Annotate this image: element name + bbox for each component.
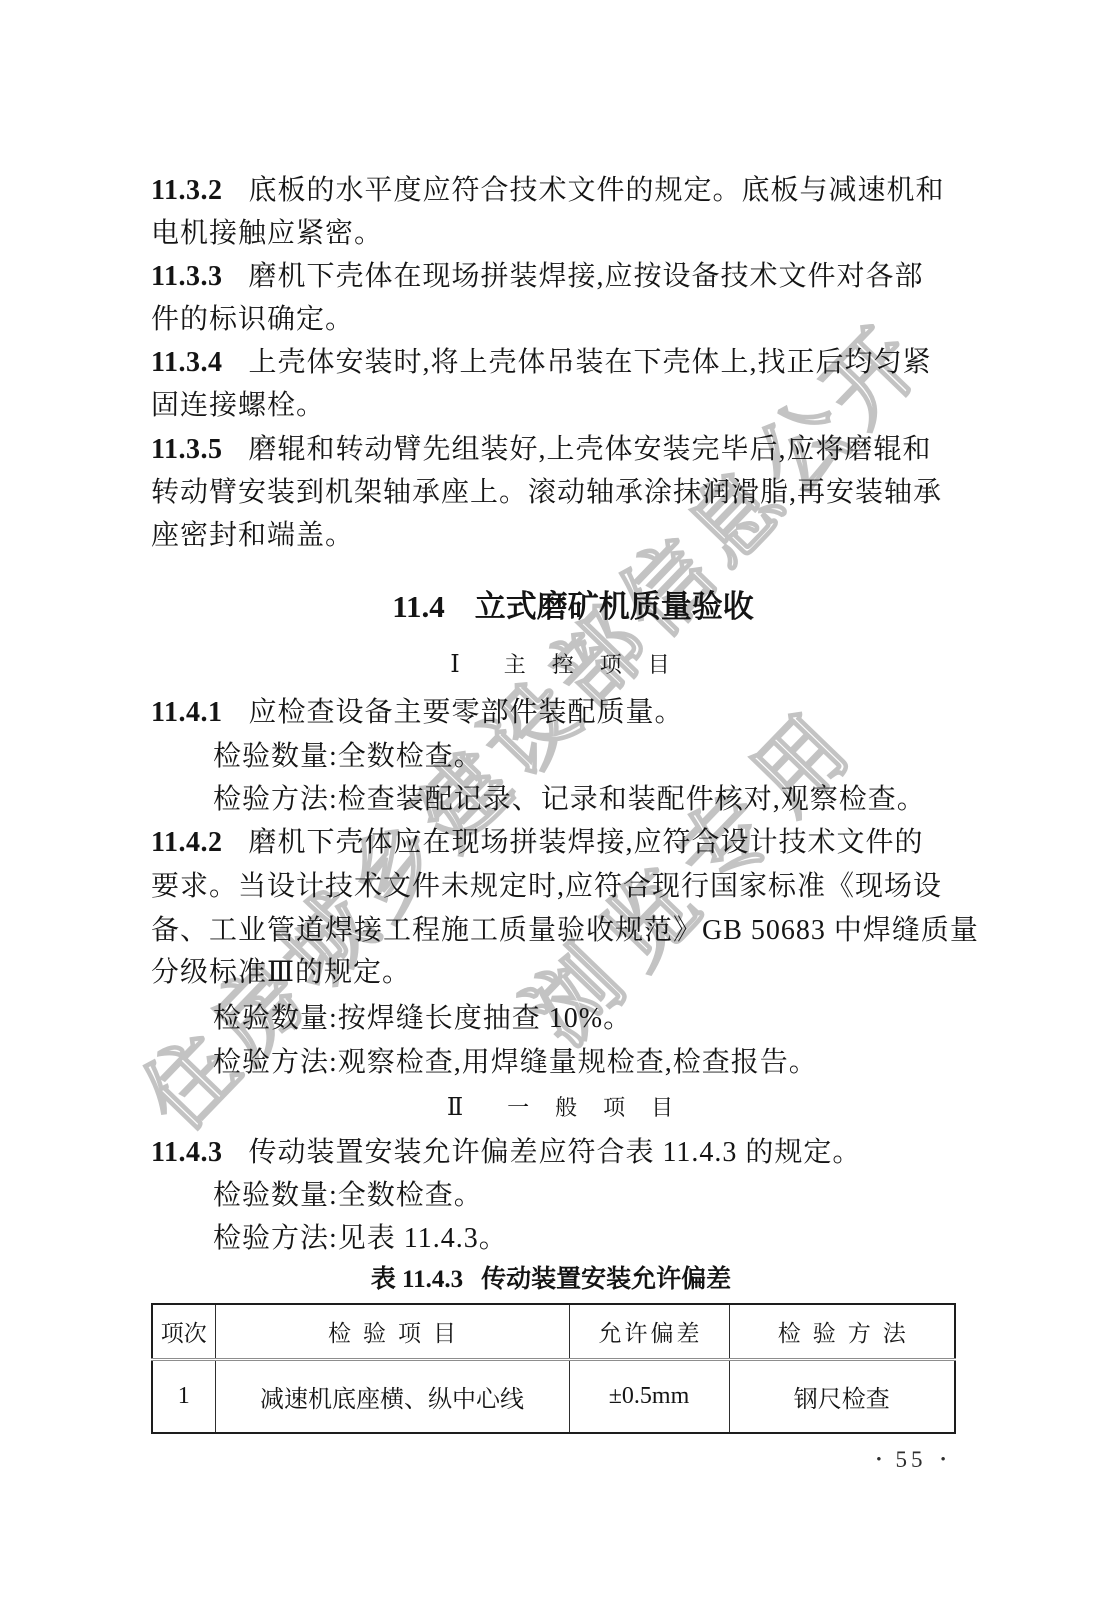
cell-inspection-method: 钢尺检查 [729,1360,955,1434]
clause-continuation: 转动臂安装到机架轴承座上。滚动轴承涂抹润滑脂,再安装轴承 [151,471,942,514]
clause-line: 11.3.5磨辊和转动臂先组装好,上壳体安装完毕后,应将磨辊和 [151,428,931,471]
clause-continuation: 分级标准Ⅲ的规定。 [151,951,411,994]
table-title: 表 11.4.3传动装置安装允许偏差 [151,1259,951,1295]
page-number-dot-left: • [876,1452,881,1468]
cell-inspection-item: 减速机底座横、纵中心线 [215,1360,569,1434]
deviation-table: 项次 检验项目 允许偏差 检验方法 1 减速机底座横、纵中心线 ±0.5mm 钢… [151,1303,956,1434]
page-number-value: 55 [896,1447,927,1472]
clause-number: 11.3.4 [151,347,222,378]
clause-text: 磨机下壳体在现场拼装焊接,应按设备技术文件对各部 [248,261,923,292]
clause-continuation: 要求。当设计技术文件未规定时,应符合现行国家标准《现场设 [151,865,942,908]
inspection-method-line: 检验方法:检查装配记录、记录和装配件核对,观察检查。 [213,778,926,821]
inspection-method-line: 检验方法:见表 11.4.3。 [213,1217,508,1260]
clause-number: 11.3.3 [151,261,222,292]
clause-continuation: 固连接螺栓。 [151,384,325,427]
inspection-quantity-line: 检验数量:按焊缝长度抽查 10%。 [213,997,632,1040]
cell-item-no: 1 [152,1360,215,1434]
clause-number: 11.4.3 [151,1137,222,1168]
clause-line: 11.4.2磨机下壳体应在现场拼装焊接,应符合设计技术文件的 [151,821,923,864]
page-number-dot-right: • [941,1452,946,1468]
clause-continuation: 座密封和端盖。 [151,514,354,557]
subsection-label: 主控项目 [504,652,696,677]
clause-number: 11.4.1 [151,697,222,728]
inspection-quantity-line: 检验数量:全数检查。 [213,1174,483,1217]
clause-number: 11.3.2 [151,175,222,206]
roman-numeral: Ⅰ [450,652,459,678]
table-number: 表 11.4.3 [371,1266,463,1293]
table-title-text: 传动装置安装允许偏差 [481,1266,731,1293]
inspection-quantity-line: 检验数量:全数检查。 [213,735,483,778]
clause-line: 11.3.3磨机下壳体在现场拼装焊接,应按设备技术文件对各部 [151,255,923,298]
clause-continuation: 备、工业管道焊接工程施工质量验收规范》GB 50683 中焊缝质量 [151,909,979,952]
clause-text: 底板的水平度应符合技术文件的规定。底板与减速机和 [248,175,944,206]
clause-line: 11.4.3传动装置安装允许偏差应符合表 11.4.3 的规定。 [151,1131,861,1174]
page-content: 11.3.2底板的水平度应符合技术文件的规定。底板与减速机和 电机接触应紧密。 … [0,0,1102,1598]
table-header-row: 项次 检验项目 允许偏差 检验方法 [152,1304,955,1360]
subsection-heading-main-control: Ⅰ主控项目 [173,648,973,679]
clause-text: 应检查设备主要零部件装配质量。 [248,697,683,728]
header-inspection-method: 检验方法 [729,1304,955,1360]
clause-continuation: 电机接触应紧密。 [151,212,383,255]
clause-continuation: 件的标识确定。 [151,298,354,341]
clause-text: 上壳体安装时,将上壳体吊装在下壳体上,找正后均匀紧 [248,347,931,378]
section-heading: 11.4立式磨矿机质量验收 [173,581,973,626]
header-item-no: 项次 [152,1304,215,1360]
page-number: •55• [856,1447,966,1473]
clause-text: 传动装置安装允许偏差应符合表 11.4.3 的规定。 [248,1137,861,1168]
inspection-method-line: 检验方法:观察检查,用焊缝量规检查,检查报告。 [213,1041,818,1084]
section-number: 11.4 [392,589,445,624]
cell-allowed-deviation: ±0.5mm [569,1360,729,1434]
clause-line: 11.4.1应检查设备主要零部件装配质量。 [151,691,683,734]
subsection-heading-general: Ⅱ一般项目 [173,1091,973,1122]
header-allowed-deviation: 允许偏差 [569,1304,729,1360]
clause-line: 11.3.2底板的水平度应符合技术文件的规定。底板与减速机和 [151,169,944,212]
clause-text: 磨机下壳体应在现场拼装焊接,应符合设计技术文件的 [248,827,923,858]
document-page: 住房城乡建设部信息公开 浏览专用 11.3.2底板的水平度应符合技术文件的规定。… [0,0,1102,1598]
clause-line: 11.3.4上壳体安装时,将上壳体吊装在下壳体上,找正后均匀紧 [151,341,931,384]
roman-numeral: Ⅱ [447,1095,463,1121]
clause-number: 11.4.2 [151,827,222,858]
clause-number: 11.3.5 [151,434,222,465]
table-row: 1 减速机底座横、纵中心线 ±0.5mm 钢尺检查 [152,1360,955,1434]
header-inspection-item: 检验项目 [215,1304,569,1360]
subsection-label: 一般项目 [507,1095,699,1120]
clause-text: 磨辊和转动臂先组装好,上壳体安装完毕后,应将磨辊和 [248,434,931,465]
section-title: 立式磨矿机质量验收 [475,589,754,624]
